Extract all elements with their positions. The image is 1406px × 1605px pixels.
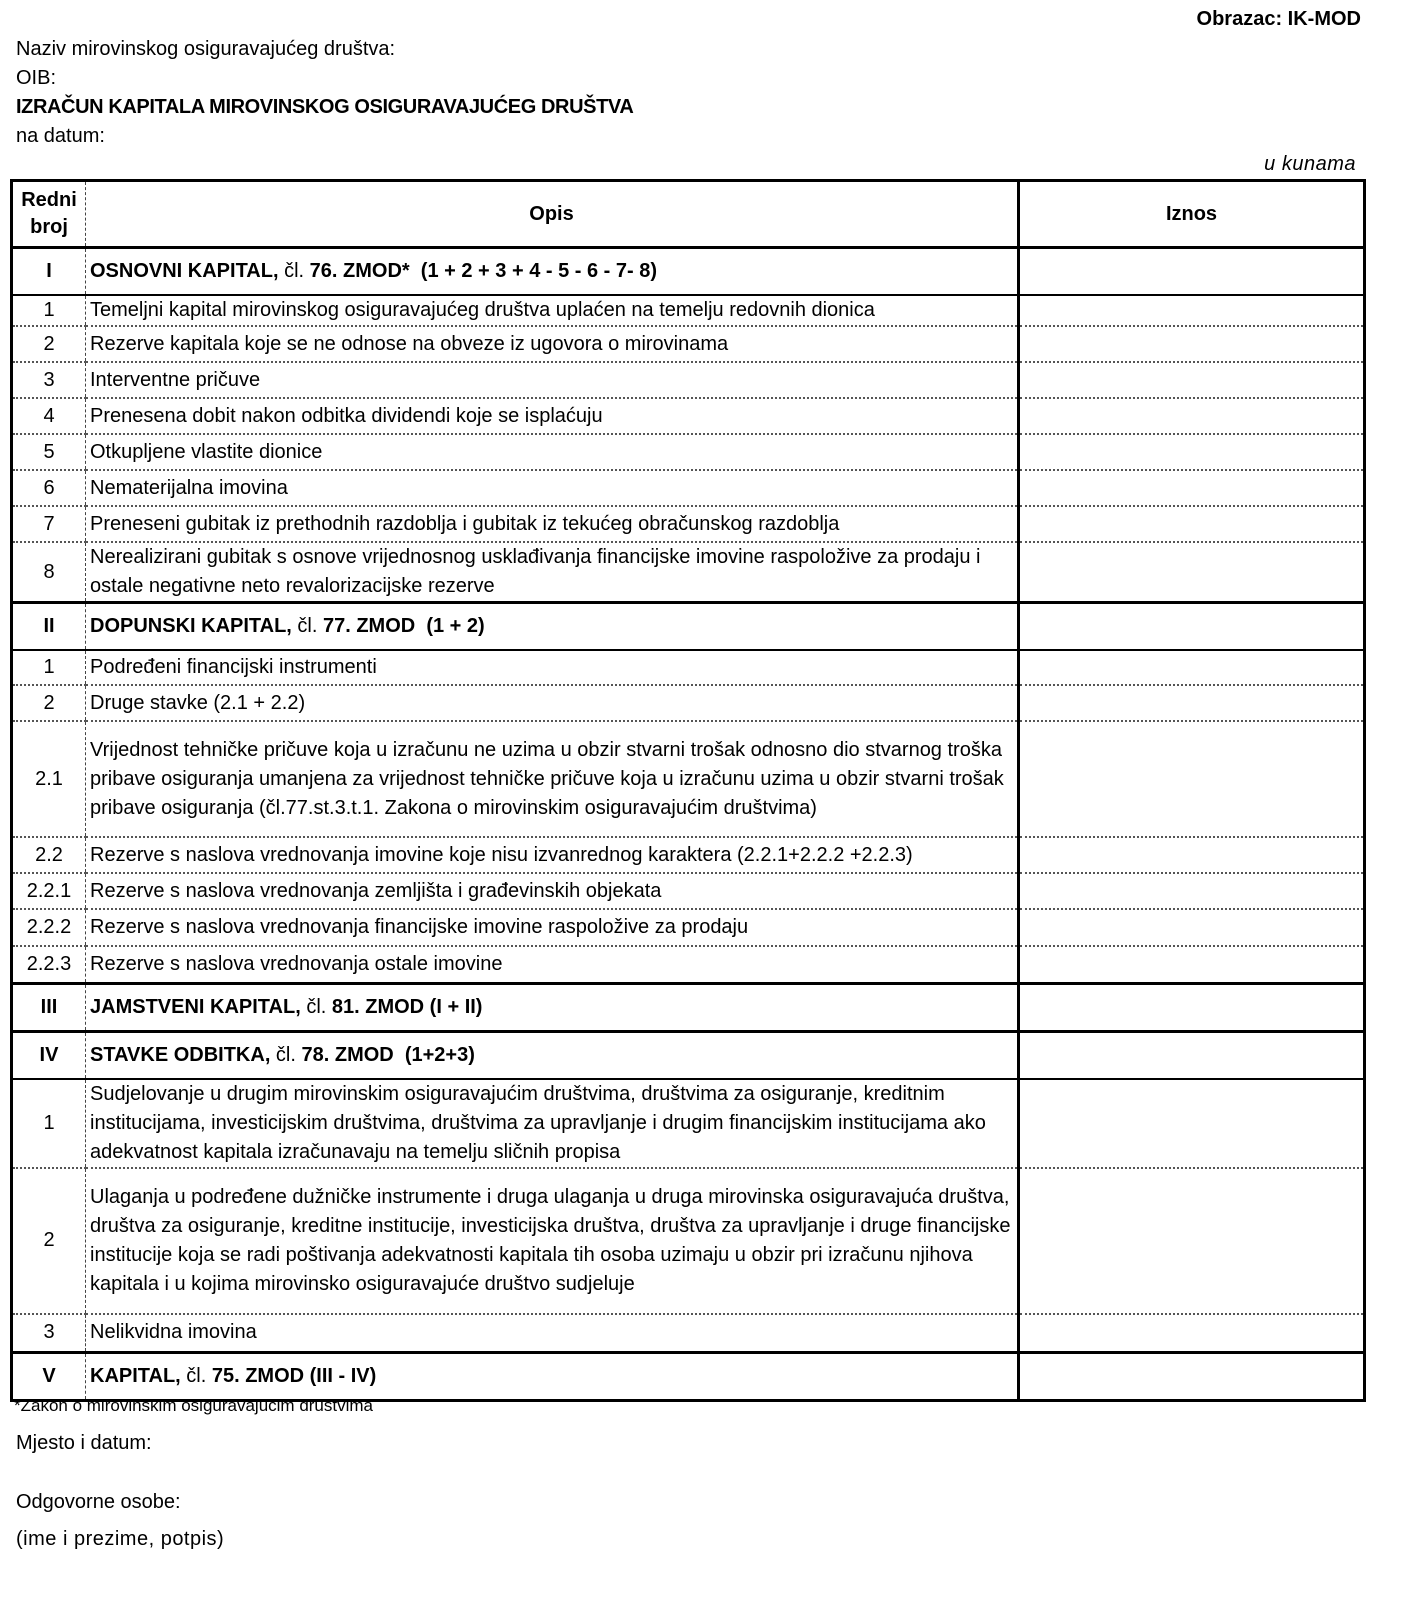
row-description: DOPUNSKI KAPITAL, čl. 77. ZMOD (1 + 2) [86, 603, 1019, 651]
company-name-label: Naziv mirovinskog osiguravajućeg društva… [16, 38, 395, 61]
amount-cell[interactable] [1019, 603, 1365, 651]
row-description: Podređeni financijski instrumenti [86, 650, 1019, 685]
table-row: 3Interventne pričuve [12, 362, 1365, 398]
section-title: OSNOVNI KAPITAL, [90, 260, 279, 282]
section-title: KAPITAL, [90, 1365, 181, 1387]
row-number: I [12, 248, 86, 296]
row-description: Sudjelovanje u drugim mirovinskim osigur… [86, 1079, 1019, 1168]
section-row: IIIJAMSTVENI KAPITAL, čl. 81. ZMOD (I + … [12, 983, 1365, 1031]
date-label: na datum: [16, 125, 105, 148]
currency-note: u kunama [1264, 153, 1356, 176]
section-formula: 81. ZMOD (I + II) [326, 996, 482, 1018]
amount-cell[interactable] [1019, 326, 1365, 362]
amount-cell[interactable] [1019, 650, 1365, 685]
table-row: 2.2Rezerve s naslova vrednovanja imovine… [12, 837, 1365, 873]
section-title: STAVKE ODBITKA, [90, 1044, 270, 1066]
row-description: Rezerve kapitala koje se ne odnose na ob… [86, 326, 1019, 362]
row-number: 4 [12, 398, 86, 434]
row-description: Rezerve s naslova vrednovanja financijsk… [86, 909, 1019, 946]
amount-cell[interactable] [1019, 295, 1365, 326]
column-header-amount: Iznos [1019, 181, 1365, 248]
row-number: 2.2.3 [12, 946, 86, 983]
article-abbrev: čl. [181, 1365, 207, 1387]
row-description: Vrijednost tehničke pričuve koja u izrač… [86, 721, 1019, 837]
row-number: 6 [12, 470, 86, 506]
section-formula: 76. ZMOD* (1 + 2 + 3 + 4 - 5 - 6 - 7- 8) [304, 260, 657, 282]
place-date-label: Mjesto i datum: [16, 1432, 152, 1455]
row-number: V [12, 1353, 86, 1401]
row-number: 3 [12, 1314, 86, 1353]
row-description: Rezerve s naslova vrednovanja imovine ko… [86, 837, 1019, 873]
amount-cell[interactable] [1019, 837, 1365, 873]
row-description: Preneseni gubitak iz prethodnih razdoblj… [86, 506, 1019, 542]
column-header-number-line2: broj [30, 216, 68, 238]
amount-cell[interactable] [1019, 506, 1365, 542]
row-description: KAPITAL, čl. 75. ZMOD (III - IV) [86, 1353, 1019, 1401]
row-number: 2 [12, 326, 86, 362]
column-header-number-line1: Redni [21, 189, 77, 211]
row-number: IV [12, 1031, 86, 1079]
table-row: 5Otkupljene vlastite dionice [12, 434, 1365, 470]
row-description: JAMSTVENI KAPITAL, čl. 81. ZMOD (I + II) [86, 983, 1019, 1031]
amount-cell[interactable] [1019, 909, 1365, 946]
row-description: Nerealizirani gubitak s osnove vrijednos… [86, 542, 1019, 603]
article-abbrev: čl. [301, 996, 327, 1018]
row-description: Prenesena dobit nakon odbitka dividendi … [86, 398, 1019, 434]
amount-cell[interactable] [1019, 721, 1365, 837]
name-signature-hint: (ime i prezime, potpis) [16, 1528, 224, 1551]
row-description: Nematerijalna imovina [86, 470, 1019, 506]
article-abbrev: čl. [279, 260, 305, 282]
table-row: 2Rezerve kapitala koje se ne odnose na o… [12, 326, 1365, 362]
amount-cell[interactable] [1019, 1168, 1365, 1314]
table-row: 8Nerealizirani gubitak s osnove vrijedno… [12, 542, 1365, 603]
row-description: STAVKE ODBITKA, čl. 78. ZMOD (1+2+3) [86, 1031, 1019, 1079]
article-abbrev: čl. [292, 615, 318, 637]
row-number: 2.2.2 [12, 909, 86, 946]
capital-calculation-table: Redni broj Opis Iznos IOSNOVNI KAPITAL, … [10, 179, 1366, 1402]
table-row: 1Podređeni financijski instrumenti [12, 650, 1365, 685]
row-description: Druge stavke (2.1 + 2.2) [86, 685, 1019, 721]
article-abbrev: čl. [270, 1044, 296, 1066]
section-row: IOSNOVNI KAPITAL, čl. 76. ZMOD* (1 + 2 +… [12, 248, 1365, 296]
amount-cell[interactable] [1019, 1353, 1365, 1401]
row-number: III [12, 983, 86, 1031]
section-formula: 77. ZMOD (1 + 2) [317, 615, 484, 637]
table-header-row: Redni broj Opis Iznos [12, 181, 1365, 248]
table-row: 1Temeljni kapital mirovinskog osiguravaj… [12, 295, 1365, 326]
table-row: 2.2.3Rezerve s naslova vrednovanja ostal… [12, 946, 1365, 983]
section-title: JAMSTVENI KAPITAL, [90, 996, 301, 1018]
section-formula: 78. ZMOD (1+2+3) [296, 1044, 475, 1066]
amount-cell[interactable] [1019, 873, 1365, 909]
table-row: 2Druge stavke (2.1 + 2.2) [12, 685, 1365, 721]
row-description: Rezerve s naslova vrednovanja ostale imo… [86, 946, 1019, 983]
row-description: Ulaganja u podređene dužničke instrument… [86, 1168, 1019, 1314]
amount-cell[interactable] [1019, 398, 1365, 434]
footnote: *Zakon o mirovinskim osiguravajućim druš… [14, 1396, 373, 1416]
amount-cell[interactable] [1019, 946, 1365, 983]
amount-cell[interactable] [1019, 685, 1365, 721]
row-description: Nelikvidna imovina [86, 1314, 1019, 1353]
amount-cell[interactable] [1019, 1031, 1365, 1079]
row-number: 2.1 [12, 721, 86, 837]
amount-cell[interactable] [1019, 983, 1365, 1031]
row-number: II [12, 603, 86, 651]
row-number: 1 [12, 650, 86, 685]
row-number: 2 [12, 1168, 86, 1314]
row-number: 5 [12, 434, 86, 470]
amount-cell[interactable] [1019, 470, 1365, 506]
section-row: IIDOPUNSKI KAPITAL, čl. 77. ZMOD (1 + 2) [12, 603, 1365, 651]
row-number: 2.2.1 [12, 873, 86, 909]
amount-cell[interactable] [1019, 1079, 1365, 1168]
row-number: 1 [12, 1079, 86, 1168]
row-number: 8 [12, 542, 86, 603]
form-title: IZRAČUN KAPITALA MIROVINSKOG OSIGURAVAJU… [16, 96, 633, 119]
oib-label: OIB: [16, 67, 56, 90]
section-formula: 75. ZMOD (III - IV) [206, 1365, 376, 1387]
row-number: 2.2 [12, 837, 86, 873]
table-row: 2Ulaganja u podređene dužničke instrumen… [12, 1168, 1365, 1314]
row-number: 1 [12, 295, 86, 326]
row-number: 3 [12, 362, 86, 398]
responsible-persons-label: Odgovorne osobe: [16, 1491, 181, 1514]
amount-cell[interactable] [1019, 434, 1365, 470]
row-number: 2 [12, 685, 86, 721]
table-row: 1Sudjelovanje u drugim mirovinskim osigu… [12, 1079, 1365, 1168]
column-header-number: Redni broj [12, 181, 86, 248]
table-row: 3Nelikvidna imovina [12, 1314, 1365, 1353]
table-row: 7Preneseni gubitak iz prethodnih razdobl… [12, 506, 1365, 542]
form-code: Obrazac: IK-MOD [1197, 8, 1361, 31]
row-description: Temeljni kapital mirovinskog osiguravaju… [86, 295, 1019, 326]
amount-cell[interactable] [1019, 248, 1365, 296]
section-row: IVSTAVKE ODBITKA, čl. 78. ZMOD (1+2+3) [12, 1031, 1365, 1079]
amount-cell[interactable] [1019, 1314, 1365, 1353]
table-row: 2.1Vrijednost tehničke pričuve koja u iz… [12, 721, 1365, 837]
amount-cell[interactable] [1019, 542, 1365, 603]
row-description: Interventne pričuve [86, 362, 1019, 398]
row-description: Otkupljene vlastite dionice [86, 434, 1019, 470]
table-row: 4Prenesena dobit nakon odbitka dividendi… [12, 398, 1365, 434]
row-description: Rezerve s naslova vrednovanja zemljišta … [86, 873, 1019, 909]
section-row: VKAPITAL, čl. 75. ZMOD (III - IV) [12, 1353, 1365, 1401]
row-number: 7 [12, 506, 86, 542]
table-row: 2.2.1Rezerve s naslova vrednovanja zemlj… [12, 873, 1365, 909]
table-row: 6Nematerijalna imovina [12, 470, 1365, 506]
row-description: OSNOVNI KAPITAL, čl. 76. ZMOD* (1 + 2 + … [86, 248, 1019, 296]
section-title: DOPUNSKI KAPITAL, [90, 615, 292, 637]
table-row: 2.2.2Rezerve s naslova vrednovanja finan… [12, 909, 1365, 946]
amount-cell[interactable] [1019, 362, 1365, 398]
column-header-description: Opis [86, 181, 1019, 248]
